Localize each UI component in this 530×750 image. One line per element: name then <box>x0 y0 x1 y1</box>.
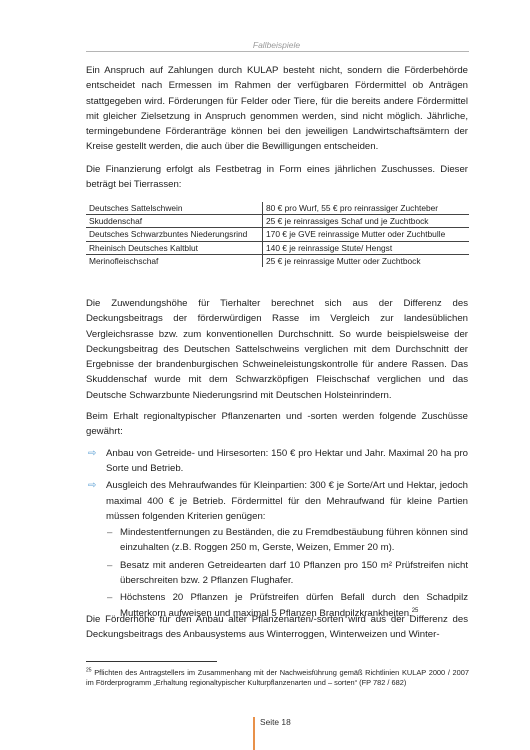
table-row: Merinofleischschaf 25 € je reinrassige M… <box>86 254 469 267</box>
criteria-list: – Mindestentfernungen zu Beständen, die … <box>106 525 468 621</box>
table-row: Deutsches Schwarzbuntes Niederungsrind 1… <box>86 228 469 241</box>
arrow-right-icon: ⇨ <box>88 478 96 493</box>
amount-cell: 25 € je reinrassiges Schaf und je Zuchtb… <box>263 215 470 228</box>
list-item-text: Besatz mit anderen Getreidearten darf 10… <box>120 560 468 586</box>
breed-subsidy-table: Deutsches Sattelschwein 80 € pro Wurf, 5… <box>86 202 469 267</box>
intro-section: Ein Anspruch auf Zahlungen durch KULAP b… <box>86 63 468 192</box>
list-item-text: Ausgleich des Mehraufwandes für Kleinpar… <box>106 480 468 522</box>
paragraph-kulap-claim: Ein Anspruch auf Zahlungen durch KULAP b… <box>86 63 468 155</box>
breed-cell: Skuddenschaf <box>86 215 263 228</box>
footer-accent-bar <box>253 717 255 750</box>
breed-cell: Deutsches Sattelschwein <box>86 202 263 215</box>
breed-cell: Merinofleischschaf <box>86 254 263 267</box>
amount-cell: 140 € je reinrassige Stute/ Hengst <box>263 241 470 254</box>
dash-icon: – <box>107 590 112 605</box>
breed-cell: Rheinisch Deutsches Kaltblut <box>86 241 263 254</box>
plant-subsidy-list: ⇨ Anbau von Getreide- und Hirsesorten: 1… <box>86 446 468 621</box>
footnote-separator <box>86 661 217 662</box>
dash-icon: – <box>107 558 112 573</box>
footnote: 25 Pflichten des Antragstellers im Zusam… <box>86 668 469 687</box>
table-row: Skuddenschaf 25 € je reinrassiges Schaf … <box>86 215 469 228</box>
paragraph-calculation: Die Zuwendungshöhe für Tierhalter berech… <box>86 296 468 403</box>
page-number: Seite 18 <box>260 717 291 727</box>
amount-cell: 80 € pro Wurf, 55 € pro reinrassiger Zuc… <box>263 202 470 215</box>
paragraph-plant-calculation: Die Förderhöhe für den Anbau alter Pflan… <box>86 612 468 643</box>
amount-cell: 170 € je GVE reinrassige Mutter oder Zuc… <box>263 228 470 241</box>
subsidy-details-section: Die Zuwendungshöhe für Tierhalter berech… <box>86 296 468 623</box>
list-item: – Besatz mit anderen Getreidearten darf … <box>106 558 468 589</box>
dash-icon: – <box>107 525 112 540</box>
breed-cell: Deutsches Schwarzbuntes Niederungsrind <box>86 228 263 241</box>
closing-section: Die Förderhöhe für den Anbau alter Pflan… <box>86 612 468 643</box>
table-row: Deutsches Sattelschwein 80 € pro Wurf, 5… <box>86 202 469 215</box>
running-header: Fallbeispiele <box>0 40 530 50</box>
arrow-right-icon: ⇨ <box>88 446 96 461</box>
list-item: ⇨ Ausgleich des Mehraufwandes für Kleinp… <box>86 478 468 621</box>
list-item: ⇨ Anbau von Getreide- und Hirsesorten: 1… <box>86 446 468 477</box>
paragraph-plant-subsidies: Beim Erhalt regionaltypischer Pflanzenar… <box>86 409 468 440</box>
amount-cell: 25 € je reinrassige Mutter oder Zuchtboc… <box>263 254 470 267</box>
header-rule <box>86 51 469 52</box>
paragraph-financing: Die Finanzierung erfolgt als Festbetrag … <box>86 162 468 193</box>
table-row: Rheinisch Deutsches Kaltblut 140 € je re… <box>86 241 469 254</box>
list-item: – Mindestentfernungen zu Beständen, die … <box>106 525 468 556</box>
list-item-text: Mindestentfernungen zu Beständen, die zu… <box>120 527 468 553</box>
footnote-text: Pflichten des Antragstellers im Zusammen… <box>86 668 469 687</box>
list-item-text: Anbau von Getreide- und Hirsesorten: 150… <box>106 448 468 474</box>
